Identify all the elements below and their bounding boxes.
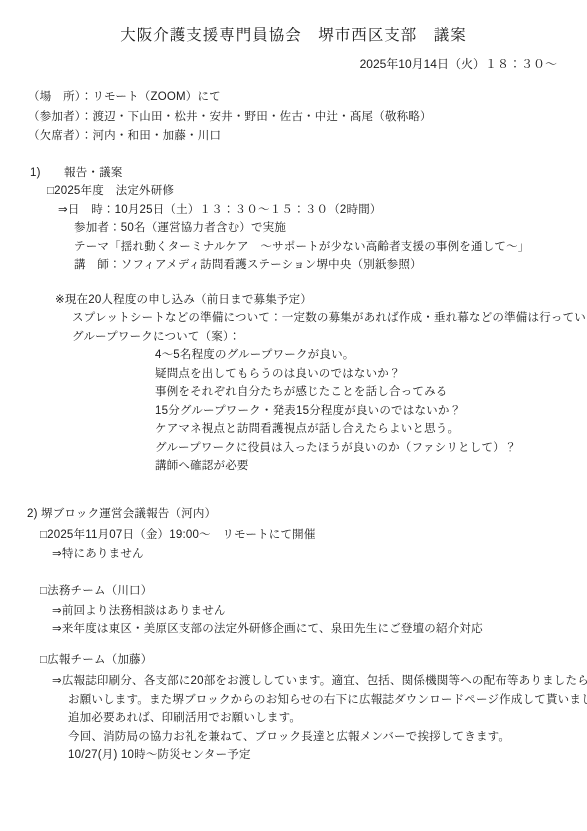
document-page: 大阪介護支援専門員協会 堺市西区支部 議案 2025年10月14日（火）１８：３… [0,0,587,831]
block-meeting-note-line: ⇒特にありません [52,545,587,564]
groupwork-item-3: 事例をそれぞれ自分たちが感じたことを話し合ってみる [155,383,587,402]
training-theme-line: テーマ「揺れ動くターミナルケア ～サポートが少ない高齢者支援の事例を通して～」 [74,238,587,257]
legal-team-heading: □法務チーム（川口） [40,582,587,601]
training-datetime-line: ⇒日 時：10月25日（土）１３：３０～１５：３０（2時間） [58,201,587,220]
attendees-line: （参加者）：渡辺・下山田・松井・安井・野田・佐古・中辻・髙尾（敬称略） [28,108,587,127]
groupwork-item-5: ケアマネ視点と訪問看護視点が話し合えたらよいと思う。 [155,420,587,439]
groupwork-item-2: 疑問点を出してもらうのは良いのではないか？ [155,365,587,384]
groupwork-heading-line: グループワークについて（案）： [72,328,587,347]
applicants-note-line: ※現在20人程度の申し込み（前日まで募集予定） [55,291,587,310]
pr-team-note-5: 10/27(月) 10時～防災センター予定 [68,746,587,765]
training-capacity-line: 参加者：50名（運営協力者含む）で実施 [74,219,587,238]
legal-team-note-1: ⇒前回より法務相談はありません [52,602,587,621]
block-meeting-date-line: □2025年11月07日（金）19:00～ リモートにて開催 [40,526,587,545]
meeting-datetime: 2025年10月14日（火）１８：３０～ [0,56,587,72]
section2-heading: 2) 堺ブロック運営会議報告（河内） [27,505,587,524]
spreadsheet-note-line: スプレットシートなどの準備について：一定数の募集があれば作成・垂れ幕などの準備は… [72,309,587,328]
training-lecturer-line: 講 師：ソフィアメディ訪問看護ステーション堺中央（別紙参照） [74,256,587,275]
groupwork-item-1: 4～5名程度のグループワークが良い。 [155,346,587,365]
groupwork-item-6: グループワークに役員は入ったほうが良いのか（ファシリとして）？ [155,439,587,458]
page-title: 大阪介護支援専門員協会 堺市西区支部 議案 [0,25,587,47]
pr-team-note-3: 追加必要あれば、印刷活用でお願いします。 [68,709,587,728]
groupwork-item-4: 15分グループワーク・発表15分程度が良いのではないか？ [155,402,587,421]
document-body: （場 所）：リモート（ZOOM）にて（参加者）：渡辺・下山田・松井・安井・野田・… [0,88,587,765]
pr-team-note-1: ⇒広報誌印刷分、各支部に20部をお渡ししています。適宜、包括、関係機関等への配布… [52,672,587,691]
section1-heading: 1) 報告・議案 [30,164,587,183]
training-title-line: □2025年度 法定外研修 [47,182,587,201]
pr-team-note-2: お願いします。また堺ブロックからのお知らせの右下に広報誌ダウンロードページ作成し… [68,691,587,710]
pr-team-note-4: 今回、消防局の協力お礼を兼ねて、ブロック長達と広報メンバーで挨拶してきます。 [68,728,587,747]
legal-team-note-2: ⇒来年度は東区・美原区支部の法定外研修企画にて、泉田先生にご登壇の紹介対応 [52,620,587,639]
groupwork-item-7: 講師へ確認が必要 [155,457,587,476]
absentees-line: （欠席者）：河内・和田・加藤・川口 [28,127,587,146]
place-line: （場 所）：リモート（ZOOM）にて [28,88,587,107]
pr-team-heading: □広報チーム（加藤） [40,651,587,670]
